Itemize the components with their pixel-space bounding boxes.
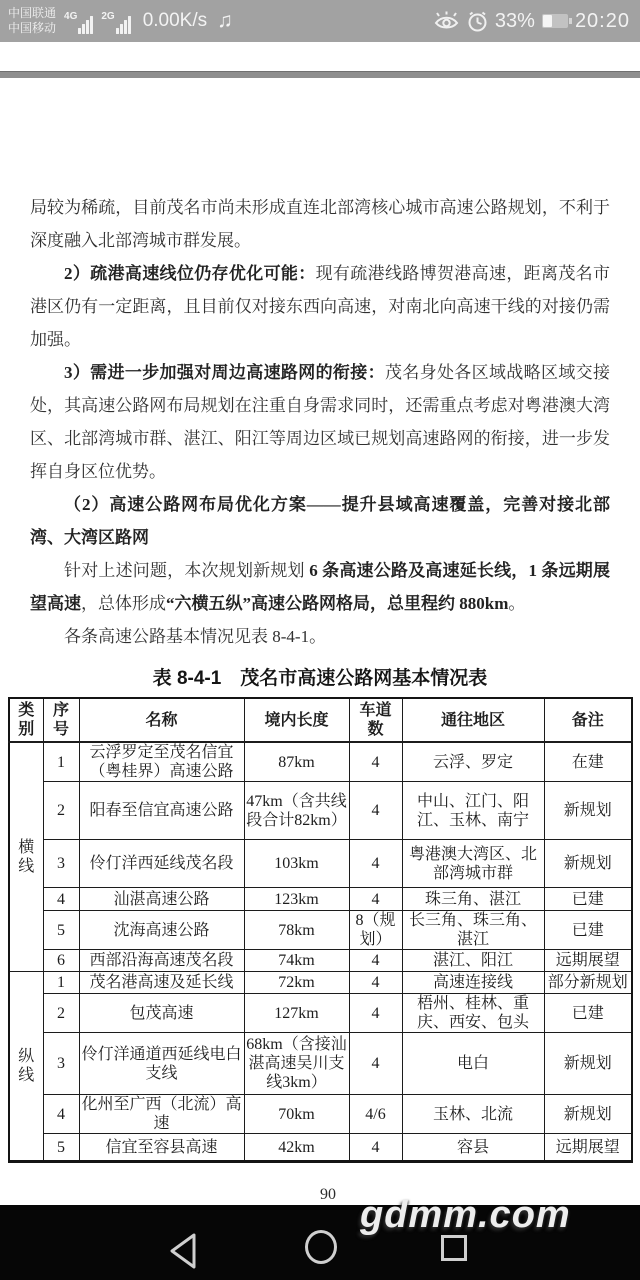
music-note-icon: ♫ [217, 9, 233, 33]
cell-length: 127km [244, 994, 349, 1033]
cell-length: 70km [244, 1095, 349, 1134]
page-divider [0, 71, 640, 78]
cell-no: 4 [43, 888, 79, 911]
cell-regions: 珠三角、湛江 [402, 888, 544, 911]
table-row: 横 线 1 云浮罗定至茂名信宜（粤桂界）高速公路 87km 4 云浮、罗定 在建 [9, 742, 632, 782]
paragraph-text: ，总体形成 [81, 594, 166, 613]
table-row: 4 化州至广西（北流）高速 70km 4/6 玉林、北流 新规划 [9, 1095, 632, 1134]
phone-screen: 中国联通 中国移动 4G 2G 0.00K/s ♫ [0, 0, 640, 1280]
header-no: 序 号 [43, 698, 79, 742]
cell-regions: 湛江、阳江 [402, 950, 544, 972]
carrier-labels: 中国联通 中国移动 [8, 6, 56, 36]
cell-name: 信宜至容县高速 [79, 1134, 244, 1162]
cell-note: 部分新规划 [544, 972, 632, 994]
cell-note: 新规划 [544, 1033, 632, 1095]
cell-lanes: 4 [349, 1033, 402, 1095]
signal-bars-icon [116, 16, 131, 34]
cell-note: 已建 [544, 994, 632, 1033]
cell-name: 阳春至信宜高速公路 [79, 782, 244, 840]
cell-lanes: 4 [349, 950, 402, 972]
cell-lanes: 4/6 [349, 1095, 402, 1134]
header-category: 类 别 [9, 698, 43, 742]
eye-comfort-icon [433, 11, 460, 31]
status-bar: 中国联通 中国移动 4G 2G 0.00K/s ♫ [0, 0, 640, 42]
table-title: 表 8-4-1 茂名市高速公路网基本情况表 [0, 663, 640, 690]
table-header-row: 类 别 序 号 名称 境内长度 车道 数 通往地区 备注 [9, 698, 632, 742]
cell-lanes: 4 [349, 782, 402, 840]
status-left: 中国联通 中国移动 4G 2G 0.00K/s ♫ [0, 6, 233, 36]
cell-note: 远期展望 [544, 950, 632, 972]
cell-length: 72km [244, 972, 349, 994]
sim2-signal: 2G [101, 8, 130, 34]
table-row: 2 阳春至信宜高速公路 47km（含共线段合计82km） 4 中山、江门、阳江、… [9, 782, 632, 840]
cell-no: 5 [43, 911, 79, 950]
paragraph: 局较为稀疏，目前茂名市尚未形成直连北部湾核心城市高速公路规划，不利于深度融入北部… [30, 191, 610, 257]
cell-no: 5 [43, 1134, 79, 1162]
cell-name: 汕湛高速公路 [79, 888, 244, 911]
cell-length: 123km [244, 888, 349, 911]
cell-no: 2 [43, 782, 79, 840]
cell-no: 1 [43, 972, 79, 994]
network-speed: 0.00K/s [143, 10, 207, 32]
table-row: 2 包茂高速 127km 4 梧州、桂林、重庆、西安、包头 已建 [9, 994, 632, 1033]
cell-note: 新规划 [544, 840, 632, 888]
cell-lanes: 4 [349, 888, 402, 911]
cell-note: 新规划 [544, 782, 632, 840]
paragraph: 2）疏港高速线位仍存优化可能：现有疏港线路博贺港高速，距离茂名市港区仍有一定距离… [30, 257, 610, 356]
status-right: 33% 20:20 [433, 10, 640, 33]
carrier-2-label: 中国移动 [8, 21, 56, 36]
cell-regions: 梧州、桂林、重庆、西安、包头 [402, 994, 544, 1033]
signal-bars-icon [78, 16, 93, 34]
battery-icon [542, 14, 568, 28]
cell-length: 42km [244, 1134, 349, 1162]
header-note: 备注 [544, 698, 632, 742]
cell-note: 新规划 [544, 1095, 632, 1134]
cell-regions: 中山、江门、阳江、玉林、南宁 [402, 782, 544, 840]
cell-regions: 长三角、珠三角、湛江 [402, 911, 544, 950]
cell-length: 78km [244, 911, 349, 950]
cell-regions: 粤港澳大湾区、北部湾城市群 [402, 840, 544, 888]
sim1-network-label: 4G [64, 8, 77, 22]
section-heading: （2）高速公路网布局优化方案——提升县域高速覆盖，完善对接北部湾、大湾区路网 [30, 488, 610, 554]
table-row: 4 汕湛高速公路 123km 4 珠三角、湛江 已建 [9, 888, 632, 911]
cell-name: 云浮罗定至茂名信宜（粤桂界）高速公路 [79, 742, 244, 782]
paragraph-text: 针对上述问题，本次规划新规划 [64, 561, 309, 580]
cell-category: 横 线 [9, 742, 43, 972]
paragraph: 3）需进一步加强对周边高速路网的衔接：茂名身处各区域战略区域交接处，其高速公路网… [30, 356, 610, 488]
back-button[interactable] [167, 1232, 199, 1270]
carrier-1-label: 中国联通 [8, 6, 56, 21]
paragraph-bold: “六横五纵”高速公路网格局，总里程约 880km [166, 594, 508, 613]
table-row: 3 伶仃洋西延线茂名段 103km 4 粤港澳大湾区、北部湾城市群 新规划 [9, 840, 632, 888]
cell-note: 已建 [544, 888, 632, 911]
cell-name: 茂名港高速及延长线 [79, 972, 244, 994]
heading-text: （2）高速公路网布局优化方案——提升县域高速覆盖，完善对接北部湾、大湾区路网 [30, 495, 610, 547]
header-lanes: 车道 数 [349, 698, 402, 742]
header-regions: 通往地区 [402, 698, 544, 742]
cell-no: 2 [43, 994, 79, 1033]
header-name: 名称 [79, 698, 244, 742]
cell-no: 3 [43, 1033, 79, 1095]
cell-regions: 高速连接线 [402, 972, 544, 994]
paragraph: 各条高速公路基本情况见表 8-4-1。 [30, 620, 610, 653]
cell-regions: 电白 [402, 1033, 544, 1095]
table-row: 6 西部沿海高速茂名段 74km 4 湛江、阳江 远期展望 [9, 950, 632, 972]
cell-length: 47km（含共线段合计82km） [244, 782, 349, 840]
cell-lanes: 8（规划） [349, 911, 402, 950]
cell-no: 3 [43, 840, 79, 888]
paragraph-lead-bold: 3）需进一步加强对周边高速路网的衔接： [64, 363, 385, 382]
recents-button[interactable] [441, 1235, 467, 1261]
cell-name: 沈海高速公路 [79, 911, 244, 950]
cell-name: 包茂高速 [79, 994, 244, 1033]
cell-no: 1 [43, 742, 79, 782]
cell-lanes: 4 [349, 1134, 402, 1162]
cell-length: 87km [244, 742, 349, 782]
battery-percent: 33% [495, 10, 535, 33]
sim1-signal: 4G [64, 8, 93, 34]
paragraph-lead-bold: 2）疏港高速线位仍存优化可能： [64, 264, 316, 283]
watermark: gdmm.com [360, 1194, 571, 1237]
header-length: 境内长度 [244, 698, 349, 742]
cell-length: 74km [244, 950, 349, 972]
table-row: 3 伶仃洋通道西延线电白支线 68km（含接汕湛高速吴川支线3km） 4 电白 … [9, 1033, 632, 1095]
cell-length: 68km（含接汕湛高速吴川支线3km） [244, 1033, 349, 1095]
status-time: 20:20 [575, 10, 630, 33]
table-row: 纵 线 1 茂名港高速及延长线 72km 4 高速连接线 部分新规划 [9, 972, 632, 994]
cell-name: 伶仃洋通道西延线电白支线 [79, 1033, 244, 1095]
cell-note: 远期展望 [544, 1134, 632, 1162]
cell-lanes: 4 [349, 742, 402, 782]
cell-lanes: 4 [349, 972, 402, 994]
cell-note: 在建 [544, 742, 632, 782]
cell-name: 化州至广西（北流）高速 [79, 1095, 244, 1134]
paragraph-text: 局较为稀疏，目前茂名市尚未形成直连北部湾核心城市高速公路规划，不利于深度融入北部… [30, 198, 610, 250]
table-row: 5 信宜至容县高速 42km 4 容县 远期展望 [9, 1134, 632, 1162]
highway-table: 类 别 序 号 名称 境内长度 车道 数 通往地区 备注 横 线 1 云浮罗定至… [8, 697, 633, 1163]
cell-regions: 玉林、北流 [402, 1095, 544, 1134]
paragraphs-block: 局较为稀疏，目前茂名市尚未形成直连北部湾核心城市高速公路规划，不利于深度融入北部… [30, 191, 610, 653]
cell-lanes: 4 [349, 994, 402, 1033]
cell-lanes: 4 [349, 840, 402, 888]
cell-name: 伶仃洋西延线茂名段 [79, 840, 244, 888]
cell-no: 6 [43, 950, 79, 972]
cell-regions: 云浮、罗定 [402, 742, 544, 782]
home-button[interactable] [305, 1230, 337, 1264]
cell-length: 103km [244, 840, 349, 888]
alarm-clock-icon [467, 11, 488, 32]
cell-regions: 容县 [402, 1134, 544, 1162]
sim2-network-label: 2G [101, 8, 114, 22]
paragraph-text: 各条高速公路基本情况见表 8-4-1。 [64, 627, 326, 646]
cell-no: 4 [43, 1095, 79, 1134]
cell-name: 西部沿海高速茂名段 [79, 950, 244, 972]
cell-note: 已建 [544, 911, 632, 950]
table-row: 5 沈海高速公路 78km 8（规划） 长三角、珠三角、湛江 已建 [9, 911, 632, 950]
paragraph: 针对上述问题，本次规划新规划 6 条高速公路及高速延长线，1 条远期展望高速，总… [30, 554, 610, 620]
paragraph-text: 。 [508, 594, 525, 613]
cell-category: 纵 线 [9, 972, 43, 1162]
